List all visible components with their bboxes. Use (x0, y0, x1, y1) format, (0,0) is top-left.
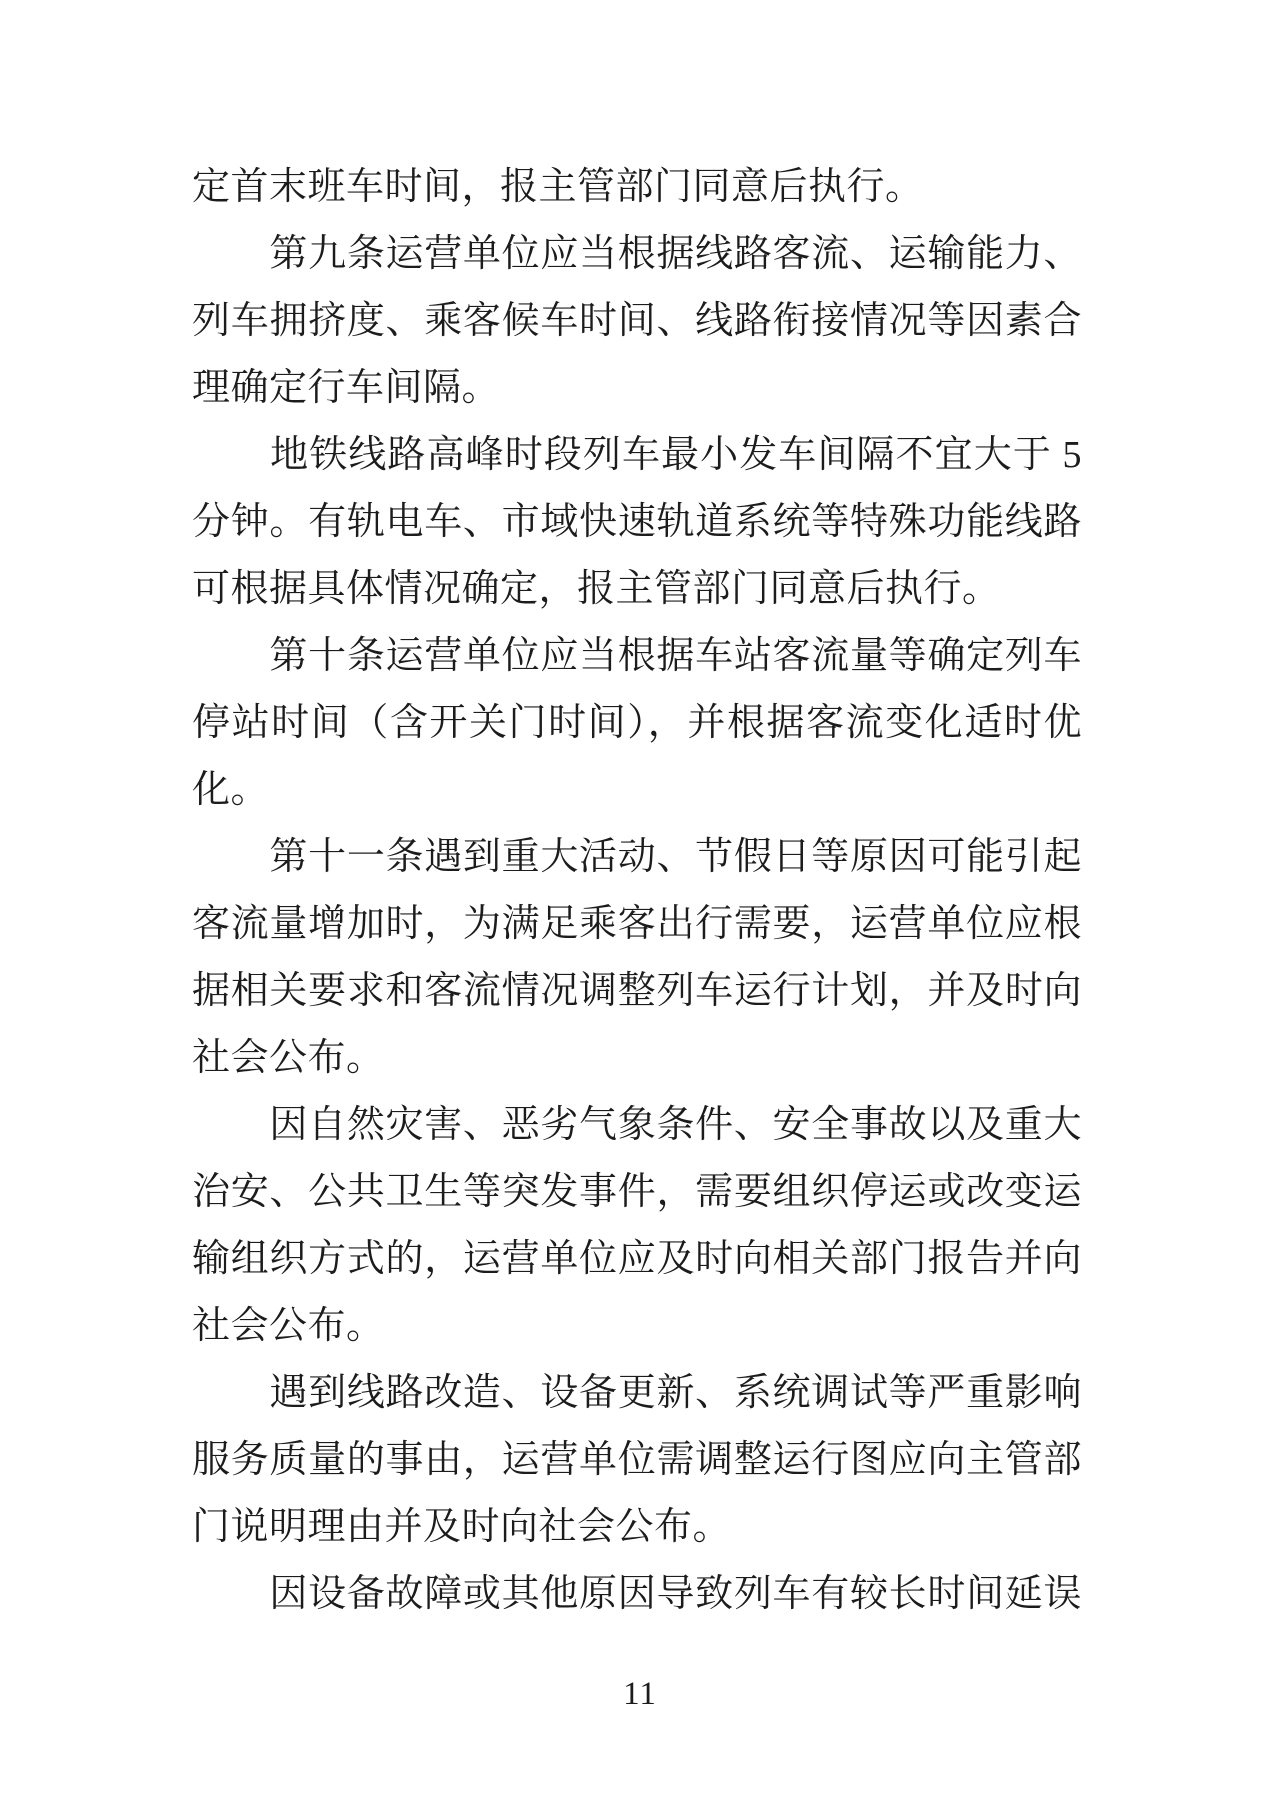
document-body: 定首末班车时间，报主管部门同意后执行。 第九条运营单位应当根据线路客流、运输能力… (192, 154, 1082, 1628)
text-line-13: 据相关要求和客流情况调整列车运行计划，并及时向 (192, 958, 1082, 1025)
document-page: 定首末班车时间，报主管部门同意后执行。 第九条运营单位应当根据线路客流、运输能力… (0, 0, 1280, 1810)
text-line-16: 治安、公共卫生等突发事件，需要组织停运或改变运 (192, 1159, 1082, 1226)
page-number: 11 (0, 1672, 1280, 1716)
text-line-11: 第十一条遇到重大活动、节假日等原因可能引起 (192, 824, 1082, 891)
text-line-9: 停站时间（含开关门时间），并根据客流变化适时优 (192, 690, 1082, 757)
text-line-20: 服务质量的事由，运营单位需调整运行图应向主管部 (192, 1427, 1082, 1494)
text-line-5: 地铁线路高峰时段列车最小发车间隔不宜大于 5 (192, 422, 1082, 489)
text-line-12: 客流量增加时，为满足乘客出行需要，运营单位应根 (192, 891, 1082, 958)
text-line-21: 门说明理由并及时向社会公布。 (192, 1494, 1082, 1561)
text-line-4: 理确定行车间隔。 (192, 355, 1082, 422)
text-line-7: 可根据具体情况确定，报主管部门同意后执行。 (192, 556, 1082, 623)
text-line-8: 第十条运营单位应当根据车站客流量等确定列车 (192, 623, 1082, 690)
text-line-19: 遇到线路改造、设备更新、系统调试等严重影响 (192, 1360, 1082, 1427)
text-line-18: 社会公布。 (192, 1293, 1082, 1360)
text-line-2: 第九条运营单位应当根据线路客流、运输能力、 (192, 221, 1082, 288)
text-line-10: 化。 (192, 757, 1082, 824)
text-line-15: 因自然灾害、恶劣气象条件、安全事故以及重大 (192, 1092, 1082, 1159)
text-line-6: 分钟。有轨电车、市域快速轨道系统等特殊功能线路 (192, 489, 1082, 556)
text-line-17: 输组织方式的，运营单位应及时向相关部门报告并向 (192, 1226, 1082, 1293)
text-line-14: 社会公布。 (192, 1025, 1082, 1092)
text-line-1: 定首末班车时间，报主管部门同意后执行。 (192, 154, 1082, 221)
text-line-3: 列车拥挤度、乘客候车时间、线路衔接情况等因素合 (192, 288, 1082, 355)
text-line-22: 因设备故障或其他原因导致列车有较长时间延误 (192, 1561, 1082, 1628)
